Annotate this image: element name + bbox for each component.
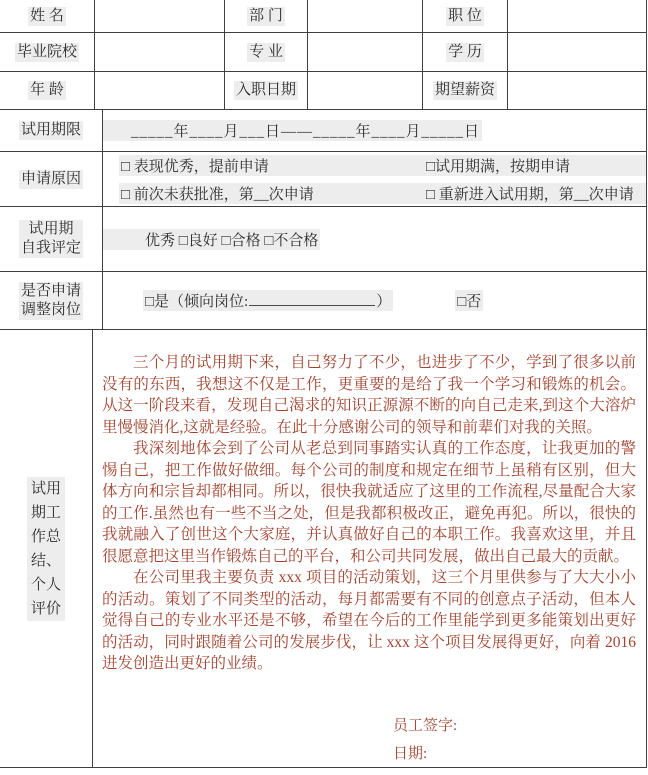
reason-option-reenter: □ 重新进入试用期，第__次申请 bbox=[424, 183, 646, 204]
department-label: 部 门 bbox=[225, 0, 308, 32]
post-adjust-options: □是（倾向岗位:） □否 bbox=[103, 272, 646, 329]
probation-period-label: 试用期限 bbox=[0, 110, 103, 151]
summary-paragraph-3: 在公司里我主要负责 xxx 项目的活动策划，这三个月里供参与了大大小小的活动。策… bbox=[102, 567, 636, 675]
reason-option-reapply: □ 前次未获批准，第__次申请 bbox=[119, 183, 424, 204]
self-eval-choices: 优秀 □良好 □合格 □不合格 bbox=[103, 229, 320, 250]
row-self-eval: 试用期 自我评定 优秀 □良好 □合格 □不合格 bbox=[0, 207, 646, 272]
post-adjust-label: 是否申请 调整岗位 bbox=[0, 272, 103, 329]
entry-date-value-cell bbox=[308, 72, 423, 109]
row-summary: 试用期工作总结、个人评价 三个月的试用期下来，自己努力了不少，也进步了不少，学到… bbox=[0, 330, 646, 768]
post-adjust-yes-option: □是（倾向岗位:） bbox=[143, 290, 393, 311]
school-label: 毕业院校 bbox=[0, 33, 95, 71]
position-label: 职 位 bbox=[423, 0, 508, 32]
row-probation-period: 试用期限 _____年____月___日——_____年____月_____日 bbox=[0, 110, 646, 152]
education-value-cell bbox=[508, 33, 646, 71]
apply-reason-options: □ 表现优秀，提前申请 □试用期满，按期申请 □ 前次未获批准，第__次申请 □… bbox=[103, 152, 646, 206]
row-age-entrydate-salary: 年 龄 入职日期 期望薪资 bbox=[0, 72, 646, 110]
summary-paragraph-1: 三个月的试用期下来，自己努力了不少，也进步了不少，学到了很多以前没有的东西，我想… bbox=[102, 352, 636, 438]
entry-date-label: 入职日期 bbox=[225, 72, 308, 109]
education-label: 学 历 bbox=[423, 33, 508, 71]
age-label: 年 龄 bbox=[0, 72, 95, 109]
department-value-cell bbox=[308, 0, 423, 32]
preferred-post-blank bbox=[249, 291, 375, 306]
expected-salary-value-cell bbox=[508, 72, 646, 109]
date-label: 日期: bbox=[393, 740, 457, 768]
probation-application-form: 姓 名 部 门 职 位 毕业院校 专 业 学 历 年 龄 入职日期 期望薪资 试… bbox=[0, 0, 647, 768]
summary-label: 试用期工作总结、个人评价 bbox=[0, 330, 93, 767]
summary-body: 三个月的试用期下来，自己努力了不少，也进步了不少，学到了很多以前没有的东西，我想… bbox=[93, 330, 646, 767]
age-value-cell bbox=[95, 72, 225, 109]
name-value-cell bbox=[95, 0, 225, 32]
post-adjust-no-option: □否 bbox=[455, 290, 483, 311]
major-label: 专 业 bbox=[225, 33, 308, 71]
apply-reason-label: 申请原因 bbox=[0, 152, 103, 206]
school-value-cell bbox=[95, 33, 225, 71]
expected-salary-label: 期望薪资 bbox=[423, 72, 508, 109]
major-value-cell bbox=[308, 33, 423, 71]
self-eval-options: 优秀 □良好 □合格 □不合格 bbox=[103, 207, 646, 271]
probation-period-value: _____年____月___日——_____年____月_____日 bbox=[103, 110, 646, 151]
position-value-cell bbox=[508, 0, 646, 32]
reason-option-on-time: □试用期满，按期申请 bbox=[424, 155, 646, 176]
summary-paragraph-2: 我深刻地体会到了公司从老总到同事踏实认真的工作态度，让我更加的警惕自己，把工作做… bbox=[102, 438, 636, 567]
probation-period-dates: _____年____月___日——_____年____月_____日 bbox=[103, 120, 482, 141]
name-label: 姓 名 bbox=[0, 0, 95, 32]
employee-signature-label: 员工签字: bbox=[393, 712, 457, 740]
reason-option-early: □ 表现优秀，提前申请 bbox=[119, 155, 424, 176]
signature-block: 员工签字: 日期: bbox=[393, 712, 457, 768]
row-school-major-education: 毕业院校 专 业 学 历 bbox=[0, 33, 646, 72]
row-post-adjust: 是否申请 调整岗位 □是（倾向岗位:） □否 bbox=[0, 272, 646, 330]
row-apply-reason: 申请原因 □ 表现优秀，提前申请 □试用期满，按期申请 □ 前次未获批准，第__… bbox=[0, 152, 646, 207]
row-name-dept-position: 姓 名 部 门 职 位 bbox=[0, 0, 646, 33]
self-eval-label: 试用期 自我评定 bbox=[0, 207, 103, 271]
